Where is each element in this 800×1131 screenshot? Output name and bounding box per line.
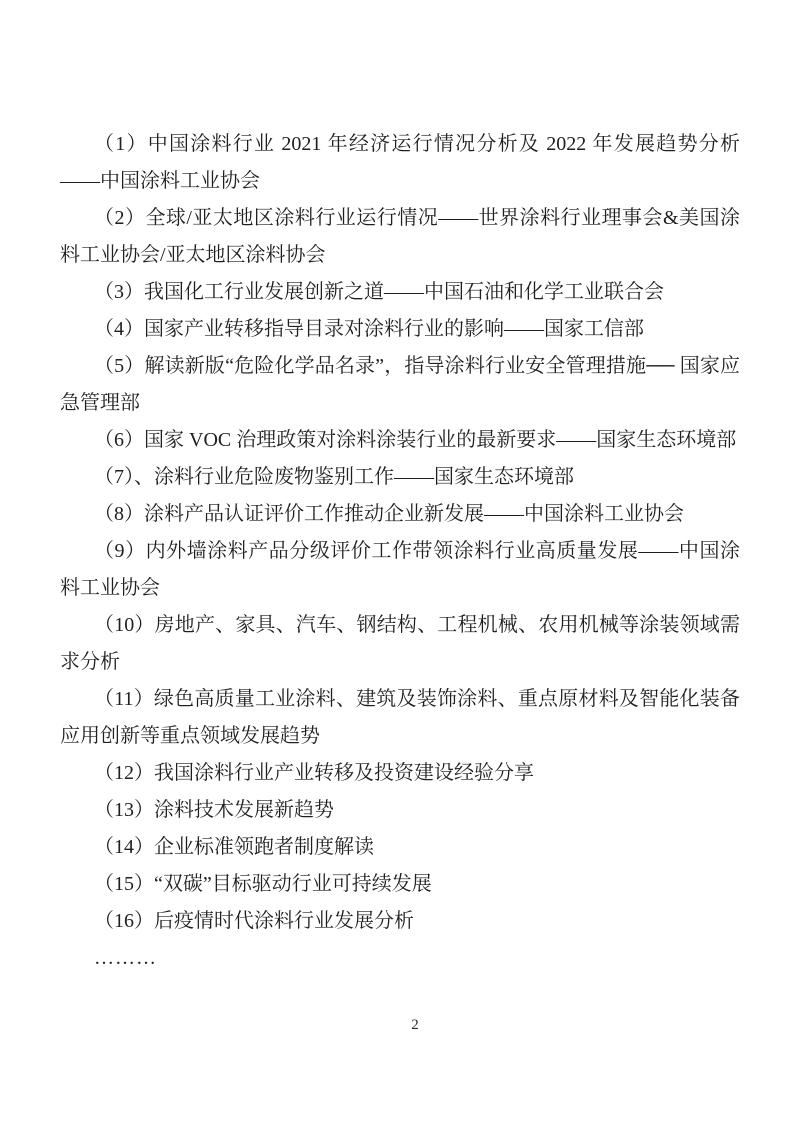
list-item: （2）全球/亚太地区涂料行业运行情况——世界涂料行业理事会&美国涂料工业协会/亚… xyxy=(60,200,740,274)
list-item: （16）后疫情时代涂料行业发展分析 xyxy=(60,903,740,940)
list-item: （8）涂料产品认证评价工作推动企业新发展——中国涂料工业协会 xyxy=(60,496,740,533)
list-item: （6）国家 VOC 治理政策对涂料涂装行业的最新要求——国家生态环境部 xyxy=(60,422,740,459)
list-item: （10）房地产、家具、汽车、钢结构、工程机械、农用机械等涂装领域需求分析 xyxy=(60,607,740,681)
list-item: （11）绿色高质量工业涂料、建筑及装饰涂料、重点原材料及智能化装备应用创新等重点… xyxy=(60,681,740,755)
page-number: 2 xyxy=(411,1017,419,1033)
list-item: （1）中国涂料行业 2021 年经济运行情况分析及 2022 年发展趋势分析——… xyxy=(60,126,740,200)
list-item: （9）内外墙涂料产品分级评价工作带领涂料行业高质量发展——中国涂料工业协会 xyxy=(60,533,740,607)
list-item: （13）涂料技术发展新趋势 xyxy=(60,792,740,829)
list-item: （4）国家产业转移指导目录对涂料行业的影响——国家工信部 xyxy=(60,311,740,348)
list-item: （14）企业标准领跑者制度解读 xyxy=(60,829,740,866)
agenda-list: （1）中国涂料行业 2021 年经济运行情况分析及 2022 年发展趋势分析——… xyxy=(60,126,740,977)
ellipsis-line: ……… xyxy=(60,940,740,977)
list-item: （3）我国化工行业发展创新之道——中国石油和化学工业联合会 xyxy=(60,274,740,311)
document-page: （1）中国涂料行业 2021 年经济运行情况分析及 2022 年发展趋势分析——… xyxy=(0,0,800,1131)
list-item: （15）“双碳”目标驱动行业可持续发展 xyxy=(60,866,740,903)
list-item: （5）解读新版“危险化学品名录”，指导涂料行业安全管理措施── 国家应急管理部 xyxy=(60,348,740,422)
list-item: （7）、涂料行业危险废物鉴别工作——国家生态环境部 xyxy=(60,459,740,496)
list-item: （12）我国涂料行业产业转移及投资建设经验分享 xyxy=(60,755,740,792)
page-footer: 2 xyxy=(31,1014,799,1036)
